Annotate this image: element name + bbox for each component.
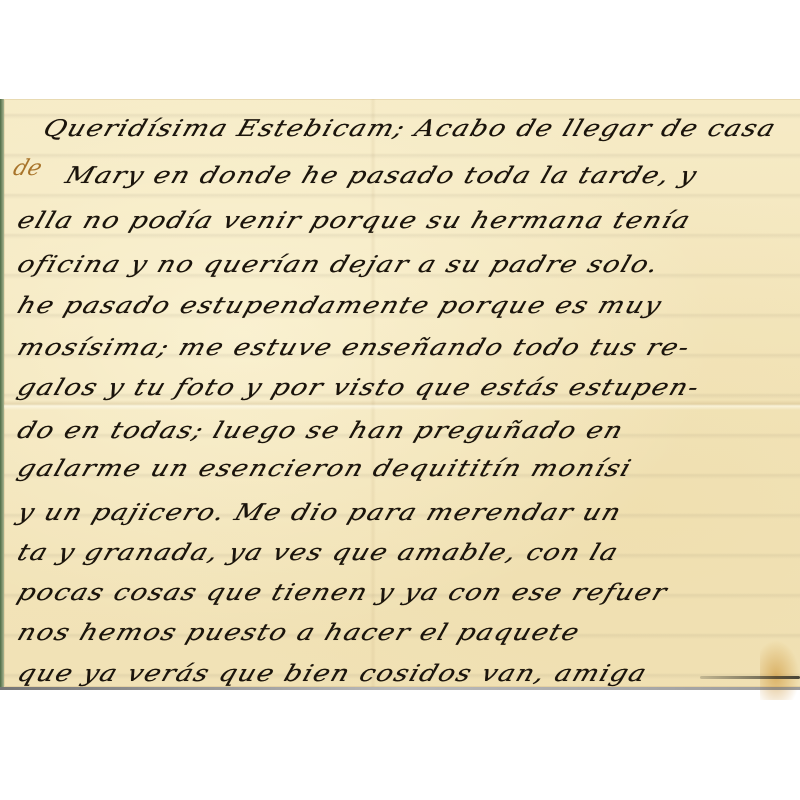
letter-line-6: mosísima; me estuve enseñando todo tus r…: [14, 335, 694, 361]
letter-line-5: he pasado estupendamente porque es muy: [14, 293, 666, 319]
letter-line-4: oficina y no querían dejar a su padre so…: [14, 252, 663, 278]
letter-line-14: que ya verás que bien cosidos van, amiga: [14, 661, 651, 687]
letter-line-1: Queridísima Estebicam; Acabo de llegar d…: [40, 116, 780, 142]
letter-line-10: y un pajicero. Me dio para merendar un: [14, 500, 626, 526]
letter-line-11: ta y granada, ya ves que amable, con la: [14, 540, 623, 566]
letter-line-9: galarme un esencieron dequititín monísi: [14, 456, 636, 482]
letter-line-7: galos y tu foto y por visto que estás es…: [14, 375, 703, 401]
margin-note: de: [10, 156, 45, 181]
letter-line-13: nos hemos puesto a hacer el paquete: [14, 620, 584, 646]
letter-line-8: do en todas; luego se han preguñado en: [14, 418, 627, 444]
letter-line-3: ella no podía venir porque su hermana te…: [14, 208, 695, 234]
letter-body: de Queridísima Estebicam; Acabo de llega…: [0, 0, 800, 800]
letter-line-2: Mary en donde he pasado toda la tarde, y: [62, 163, 701, 189]
letter-line-12: pocas cosas que tienen y ya con ese refu…: [14, 580, 671, 606]
